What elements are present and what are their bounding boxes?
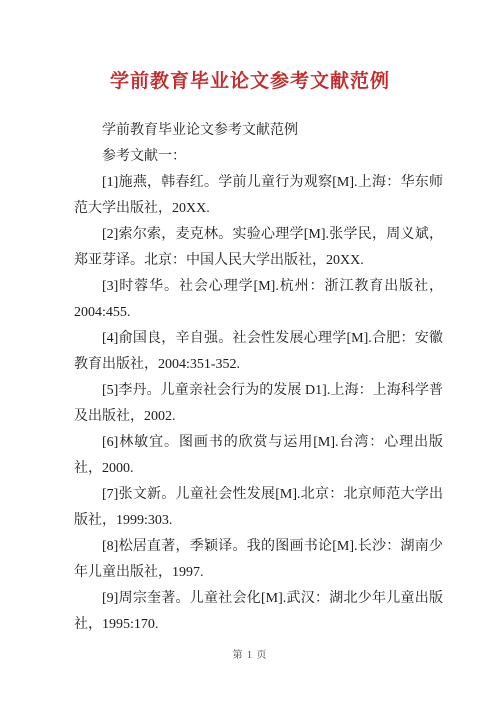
reference-item-5: [5]李丹。儿童亲社会行为的发展 D1].上海：上海科学普及出版社，2002.	[74, 378, 443, 430]
document-body: 学前教育毕业论文参考文献范例 参考文献一： [1]施燕，韩春红。学前儿童行为观察…	[74, 118, 443, 638]
reference-item-6: [6]林敏宜。图画书的欣赏与运用[M].台湾：心理出版社，2000.	[74, 430, 443, 482]
reference-item-4: [4]俞国良，辛自强。社会性发展心理学[M].合肥：安徽教育出版社，2004:3…	[74, 326, 443, 378]
reference-item-1: [1]施燕，韩春红。学前儿童行为观察[M].上海：华东师范大学出版社，20XX.	[74, 170, 443, 222]
document-page: 学前教育毕业论文参考文献范例 学前教育毕业论文参考文献范例 参考文献一： [1]…	[0, 0, 500, 708]
reference-item-2: [2]索尔索，麦克林。实验心理学[M].张学民，周义斌，郑亚芽译。北京：中国人民…	[74, 222, 443, 274]
reference-item-8: [8]松居直著，季颖译。我的图画书论[M].长沙：湖南少年儿童出版社，1997.	[74, 534, 443, 586]
body-subtitle: 学前教育毕业论文参考文献范例	[74, 118, 443, 144]
reference-item-9: [9]周宗奎著。儿童社会化[M].武汉：湖北少年儿童出版社，1995:170.	[74, 586, 443, 638]
reference-item-7: [7]张文新。儿童社会性发展[M].北京：北京师范大学出版社，1999:303.	[74, 482, 443, 534]
reference-item-3: [3]时蓉华。社会心理学[M].杭州：浙江教育出版社，2004:455.	[74, 274, 443, 326]
document-title: 学前教育毕业论文参考文献范例	[0, 0, 500, 93]
section-label: 参考文献一：	[74, 144, 443, 170]
page-number: 第 1 页	[0, 646, 500, 661]
